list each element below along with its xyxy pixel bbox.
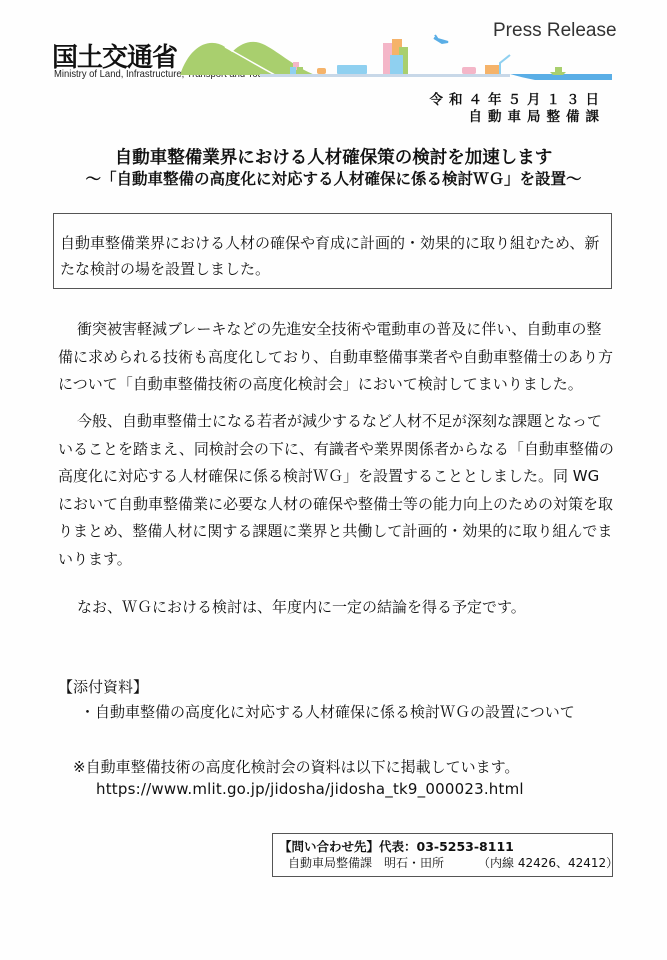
crane-icon (500, 55, 510, 74)
contact-persons: 自動車局整備課 明石・田所（内線 42426、42412） (288, 854, 618, 871)
airplane-icon (434, 35, 448, 43)
summary-text: 自動車整備業界における人材の確保や育成に計画的・効果的に取り組むため、新たな検討… (60, 230, 610, 282)
date-department-block: 令和４年５月１３日 自動車局整備課 (430, 92, 606, 126)
contact-extension: （内線 42426、42412） (478, 856, 618, 870)
paragraph-text: なお、ＷＧにおける検討は、年度内に一定の結論を得る予定です。 (77, 598, 526, 616)
attachments-heading: 【添付資料】 (58, 676, 148, 697)
bus-icon (462, 67, 476, 74)
body-paragraph-3: なお、ＷＧにおける検討は、年度内に一定の結論を得る予定です。 (58, 594, 614, 622)
header-banner-illustration (180, 25, 612, 80)
buildings-icon (383, 39, 408, 74)
car-icon (317, 68, 326, 74)
train-icon (337, 65, 367, 74)
ship-icon (550, 67, 566, 75)
road-line (260, 74, 470, 77)
body-paragraph-2: 今般、自動車整備士になる若者が減少するなど人材不足が深刻な課題となっていることを… (58, 408, 614, 573)
department: 自動車局整備課 (430, 109, 606, 126)
reference-url-link[interactable]: https://www.mlit.go.jp/jidosha/jidosha_t… (96, 780, 524, 798)
factory-icon (485, 65, 499, 74)
paragraph-text: 衝突被害軽減ブレーキなどの先進安全技術や電動車の普及に伴い、自動車の整備に求めら… (58, 320, 613, 393)
body-paragraph-1: 衝突被害軽減ブレーキなどの先進安全技術や電動車の普及に伴い、自動車の整備に求めら… (58, 316, 614, 399)
page-subtitle: ～「自動車整備の高度化に対応する人材確保に係る検討ＷＧ」を設置～ (0, 167, 667, 189)
paragraph-text: 今般、自動車整備士になる若者が減少するなど人材不足が深刻な課題となっていることを… (58, 412, 614, 568)
attachment-item[interactable]: ・自動車整備の高度化に対応する人材確保に係る検討ＷＧの設置について (80, 701, 575, 722)
reference-note: ※自動車整備技術の高度化検討会の資料は以下に掲載しています。 (73, 756, 519, 777)
contact-dept: 自動車局整備課 明石・田所 (288, 856, 444, 870)
contact-phone: 【問い合わせ先】代表：03-5253-8111 (279, 837, 514, 855)
page-title: 自動車整備業界における人材確保策の検討を加速します (0, 144, 667, 169)
release-date: 令和４年５月１３日 (430, 92, 606, 109)
